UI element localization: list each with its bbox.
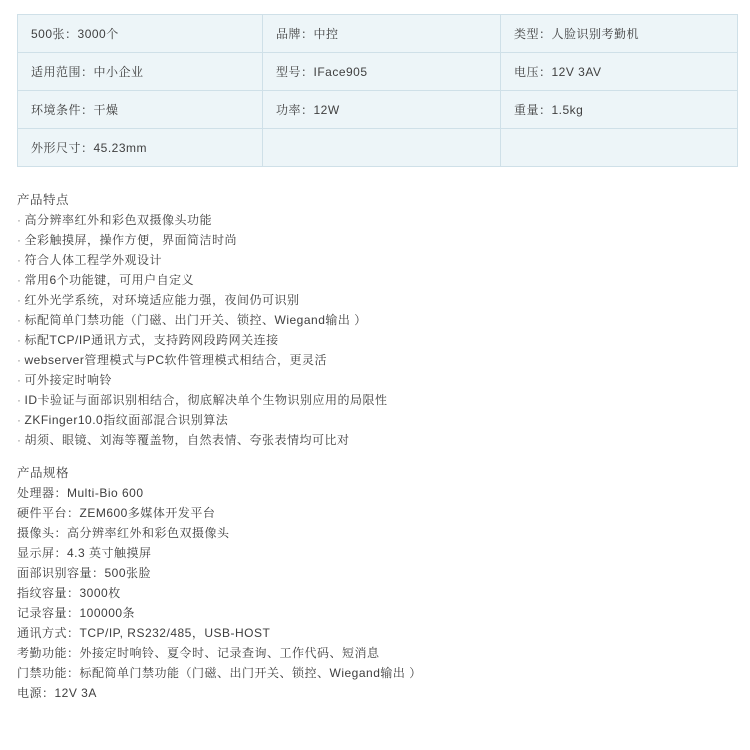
feature-item: ·可外接定时响铃 (17, 370, 750, 390)
spec-item: 电源：12V 3A (17, 683, 750, 703)
table-cell: 外形尺寸：45.23mm (18, 129, 263, 167)
table-row: 适用范围：中小企业 型号：IFace905 电压：12V 3AV (18, 53, 738, 91)
feature-item: ·ID卡验证与面部识别相结合，彻底解决单个生物识别应用的局限性 (17, 390, 750, 410)
feature-item: ·胡须、眼镜、刘海等覆盖物，自然表情、夸张表情均可比对 (17, 430, 750, 450)
spec-item: 指纹容量：3000枚 (17, 583, 750, 603)
bullet-dot: · (17, 413, 22, 427)
table-cell: 电压：12V 3AV (501, 53, 738, 91)
feature-text: 可外接定时响铃 (25, 373, 113, 387)
table-cell: 环境条件：干燥 (18, 91, 263, 129)
spec-item: 考勤功能：外接定时响铃、夏令时、记录查询、工作代码、短消息 (17, 643, 750, 663)
spec-item: 通讯方式：TCP/IP, RS232/485，USB-HOST (17, 623, 750, 643)
table-cell: 重量：1.5kg (501, 91, 738, 129)
table-cell (263, 129, 501, 167)
feature-text: 高分辨率红外和彩色双摄像头功能 (25, 213, 213, 227)
bullet-dot: · (17, 233, 22, 247)
feature-item: ·ZKFinger10.0指纹面部混合识别算法 (17, 410, 750, 430)
spec-item: 面部识别容量：500张脸 (17, 563, 750, 583)
feature-text: 常用6个功能键，可用户自定义 (25, 273, 195, 287)
feature-text: ZKFinger10.0指纹面部混合识别算法 (25, 413, 229, 427)
feature-text: 标配TCP/IP通讯方式，支持跨网段跨网关连接 (25, 333, 279, 347)
feature-text: 全彩触摸屏，操作方便，界面简洁时尚 (25, 233, 238, 247)
feature-list: ·高分辨率红外和彩色双摄像头功能 ·全彩触摸屏，操作方便，界面简洁时尚 ·符合人… (17, 210, 750, 450)
table-cell: 类型：人脸识别考勤机 (501, 15, 738, 53)
table-cell (501, 129, 738, 167)
spec-table: 500张：3000个 品牌：中控 类型：人脸识别考勤机 适用范围：中小企业 型号… (17, 14, 738, 167)
feature-item: ·符合人体工程学外观设计 (17, 250, 750, 270)
feature-item: ·全彩触摸屏，操作方便，界面简洁时尚 (17, 230, 750, 250)
feature-text: 符合人体工程学外观设计 (25, 253, 163, 267)
bullet-dot: · (17, 213, 22, 227)
table-row: 500张：3000个 品牌：中控 类型：人脸识别考勤机 (18, 15, 738, 53)
feature-item: ·标配简单门禁功能（门磁、出门开关、锁控、Wiegand输出 ） (17, 310, 750, 330)
bullet-dot: · (17, 293, 22, 307)
feature-text: 红外光学系统，对环境适应能力强，夜间仍可识别 (25, 293, 300, 307)
feature-item: ·常用6个功能键，可用户自定义 (17, 270, 750, 290)
table-cell: 品牌：中控 (263, 15, 501, 53)
bullet-dot: · (17, 433, 22, 447)
feature-item: ·高分辨率红外和彩色双摄像头功能 (17, 210, 750, 230)
spec-item: 硬件平台：ZEM600多媒体开发平台 (17, 503, 750, 523)
feature-item: ·红外光学系统，对环境适应能力强，夜间仍可识别 (17, 290, 750, 310)
bullet-dot: · (17, 393, 22, 407)
table-cell: 型号：IFace905 (263, 53, 501, 91)
table-row: 环境条件：干燥 功率：12W 重量：1.5kg (18, 91, 738, 129)
specs-section: 产品规格 处理器：Multi-Bio 600 硬件平台：ZEM600多媒体开发平… (17, 463, 750, 703)
feature-text: ID卡验证与面部识别相结合，彻底解决单个生物识别应用的局限性 (25, 393, 388, 407)
features-section-title: 产品特点 (17, 190, 750, 210)
feature-text: 标配简单门禁功能（门磁、出门开关、锁控、Wiegand输出 ） (25, 313, 367, 327)
feature-text: 胡须、眼镜、刘海等覆盖物，自然表情、夸张表情均可比对 (25, 433, 350, 447)
spec-list: 处理器：Multi-Bio 600 硬件平台：ZEM600多媒体开发平台 摄像头… (17, 483, 750, 703)
bullet-dot: · (17, 373, 22, 387)
spec-item: 摄像头：高分辨率红外和彩色双摄像头 (17, 523, 750, 543)
bullet-dot: · (17, 253, 22, 267)
spec-item: 记录容量：100000条 (17, 603, 750, 623)
bullet-dot: · (17, 333, 22, 347)
feature-item: ·webserver管理模式与PC软件管理模式相结合，更灵活 (17, 350, 750, 370)
spec-item: 显示屏：4.3 英寸触摸屏 (17, 543, 750, 563)
spec-item: 处理器：Multi-Bio 600 (17, 483, 750, 503)
feature-item: ·标配TCP/IP通讯方式，支持跨网段跨网关连接 (17, 330, 750, 350)
table-cell: 功率：12W (263, 91, 501, 129)
spec-item: 门禁功能：标配简单门禁功能（门磁、出门开关、锁控、Wiegand输出 ） (17, 663, 750, 683)
bullet-dot: · (17, 353, 22, 367)
feature-text: webserver管理模式与PC软件管理模式相结合，更灵活 (25, 353, 328, 367)
table-row: 外形尺寸：45.23mm (18, 129, 738, 167)
features-section: 产品特点 ·高分辨率红外和彩色双摄像头功能 ·全彩触摸屏，操作方便，界面简洁时尚… (17, 190, 750, 450)
specs-section-title: 产品规格 (17, 463, 750, 483)
table-cell: 适用范围：中小企业 (18, 53, 263, 91)
product-detail-page: 500张：3000个 品牌：中控 类型：人脸识别考勤机 适用范围：中小企业 型号… (0, 0, 750, 750)
bullet-dot: · (17, 313, 22, 327)
table-cell: 500张：3000个 (18, 15, 263, 53)
bullet-dot: · (17, 273, 22, 287)
